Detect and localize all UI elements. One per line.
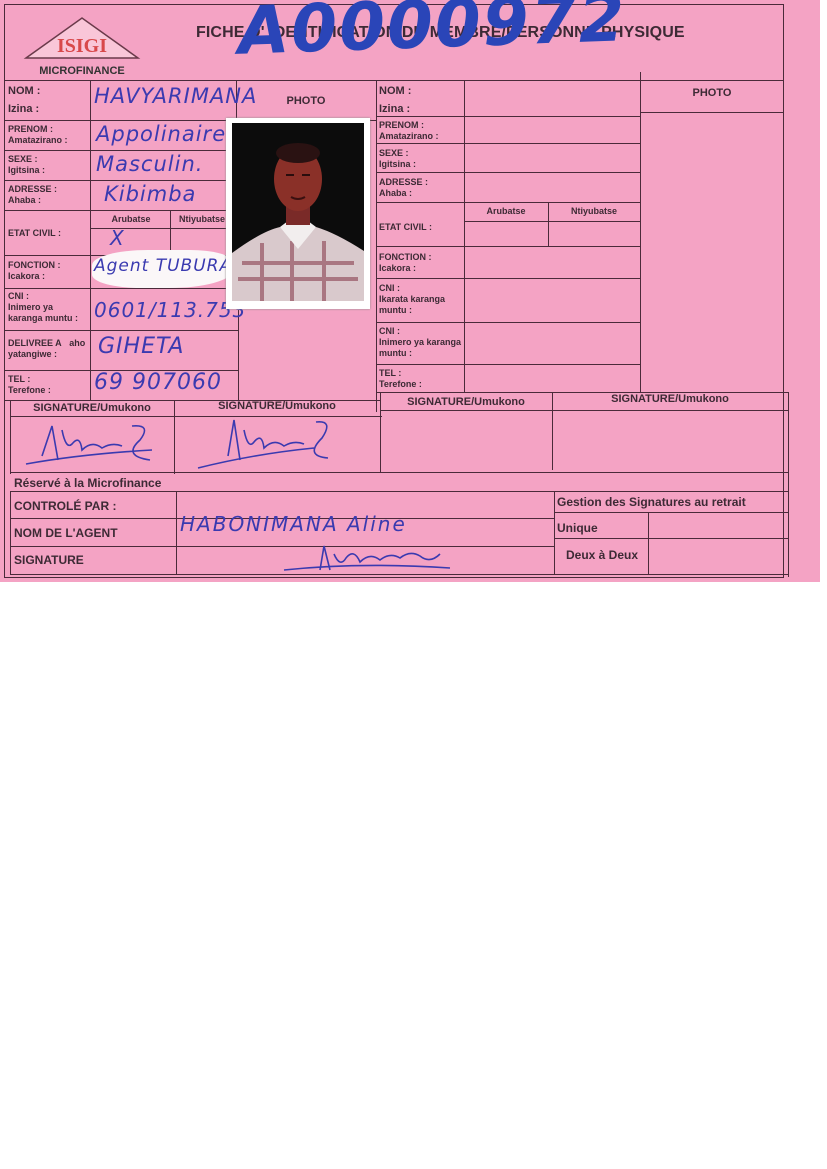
divider xyxy=(376,202,640,203)
divider xyxy=(554,491,555,575)
deux-a-deux-label: Deux à Deux xyxy=(566,546,638,564)
divider xyxy=(788,392,789,577)
divider xyxy=(376,322,640,323)
fonction-label-2: FONCTION :Icakora : xyxy=(379,252,432,274)
svg-text:ISIGI: ISIGI xyxy=(57,35,107,57)
etat-civil-label: ETAT CIVIL : xyxy=(8,228,61,239)
ntiyubatse-header: Ntiyubatse xyxy=(172,214,232,225)
signature-header-1: SIGNATURE/Umukono xyxy=(10,399,174,417)
adresse-label: ADRESSE :Ahaba : xyxy=(8,184,57,206)
prenom-value: Appolinaire xyxy=(96,122,226,146)
divider xyxy=(640,72,641,392)
isigi-logo-icon: ISIGI MICROFINANCE xyxy=(22,14,142,78)
divider xyxy=(238,310,239,400)
delivree-label: DELIVREE A ahoyatangiwe : xyxy=(8,338,85,360)
ntiyubatse-header-2: Ntiyubatse xyxy=(548,206,640,217)
cni-value: 0601/113.753 xyxy=(94,298,246,322)
divider xyxy=(170,210,171,255)
divider xyxy=(4,330,238,331)
divider xyxy=(464,80,465,392)
divider xyxy=(10,491,788,492)
divider xyxy=(554,538,788,539)
signature-header-2: SIGNATURE/Umukono xyxy=(174,397,380,415)
agent-signature-mark xyxy=(280,540,460,580)
divider xyxy=(90,80,91,400)
divider xyxy=(10,491,11,575)
adresse-value: Kibimba xyxy=(104,182,196,206)
divider xyxy=(554,512,788,513)
nom-label: NOM :Izina : xyxy=(8,82,40,118)
unique-label: Unique xyxy=(557,519,598,537)
cni-label: CNI :Inimero yakaranga muntu : xyxy=(8,291,78,324)
divider xyxy=(176,491,177,575)
divider xyxy=(376,246,640,247)
sexe-label-2: SEXE :Igitsina : xyxy=(379,148,416,170)
fonction-label: FONCTION :Icakora : xyxy=(8,260,61,282)
tel-label: TEL :Terefone : xyxy=(8,374,51,396)
divider xyxy=(4,120,234,121)
agent-name-value: HABONIMANA Aline xyxy=(180,512,407,536)
divider xyxy=(464,221,640,222)
cni-label-2a: CNI :Ikarata karangamuntu : xyxy=(379,283,445,316)
signature-mark-2 xyxy=(194,416,334,472)
nom-label-2: NOM :Izina : xyxy=(379,82,411,118)
prenom-label-2: PRENOM :Amatazirano : xyxy=(379,120,439,142)
divider xyxy=(376,278,640,279)
divider xyxy=(376,172,640,173)
photo-header-2: PHOTO xyxy=(640,84,784,102)
nom-value: HAVYARIMANA xyxy=(94,84,257,108)
cni-label-2b: CNI :Inimero ya karangamuntu : xyxy=(379,326,461,359)
tel-value: 69 907060 xyxy=(94,370,222,395)
signature-header-3: SIGNATURE/Umukono xyxy=(380,393,552,411)
portrait-image xyxy=(232,123,364,301)
fonction-value: Agent TUBURA xyxy=(94,256,232,276)
delivree-value: GIHETA xyxy=(98,334,184,359)
svg-text:MICROFINANCE: MICROFINANCE xyxy=(39,65,125,77)
divider xyxy=(4,180,234,181)
arubatse-header: Arubatse xyxy=(92,214,170,225)
agent-label: NOM DE L'AGENT xyxy=(14,524,118,542)
membership-card: ISIGI MICROFINANCE ISIGI FICHE D' IDENTI… xyxy=(0,0,820,582)
signature-mark-1 xyxy=(22,420,162,470)
divider xyxy=(4,150,234,151)
divider xyxy=(640,112,784,113)
controle-label: CONTROLÉ PAR : xyxy=(14,497,116,515)
sexe-label: SEXE :Igitsina : xyxy=(8,154,45,176)
etat-civil-label-2: ETAT CIVIL : xyxy=(379,222,432,233)
divider xyxy=(4,80,784,81)
divider xyxy=(4,210,234,211)
adresse-label-2: ADRESSE :Ahaba : xyxy=(379,177,428,199)
divider xyxy=(648,512,649,575)
member-photo xyxy=(226,118,370,309)
divider xyxy=(376,143,640,144)
prenom-label: PRENOM :Amatazirano : xyxy=(8,124,68,146)
arubatse-header-2: Arubatse xyxy=(464,206,548,217)
sexe-value: Masculin. xyxy=(96,152,203,176)
reserved-title: Réservé à la Microfinance xyxy=(14,474,161,492)
divider xyxy=(376,364,640,365)
signature-label: SIGNATURE xyxy=(14,551,84,569)
signature-header-4: SIGNATURE/Umukono xyxy=(552,390,788,408)
divider xyxy=(4,288,234,289)
divider xyxy=(376,116,640,117)
gestion-title: Gestion des Signatures au retrait xyxy=(557,493,746,511)
divider xyxy=(10,472,788,473)
tel-label-2: TEL :Terefone : xyxy=(379,368,422,390)
etat-civil-mark: X xyxy=(110,226,125,250)
